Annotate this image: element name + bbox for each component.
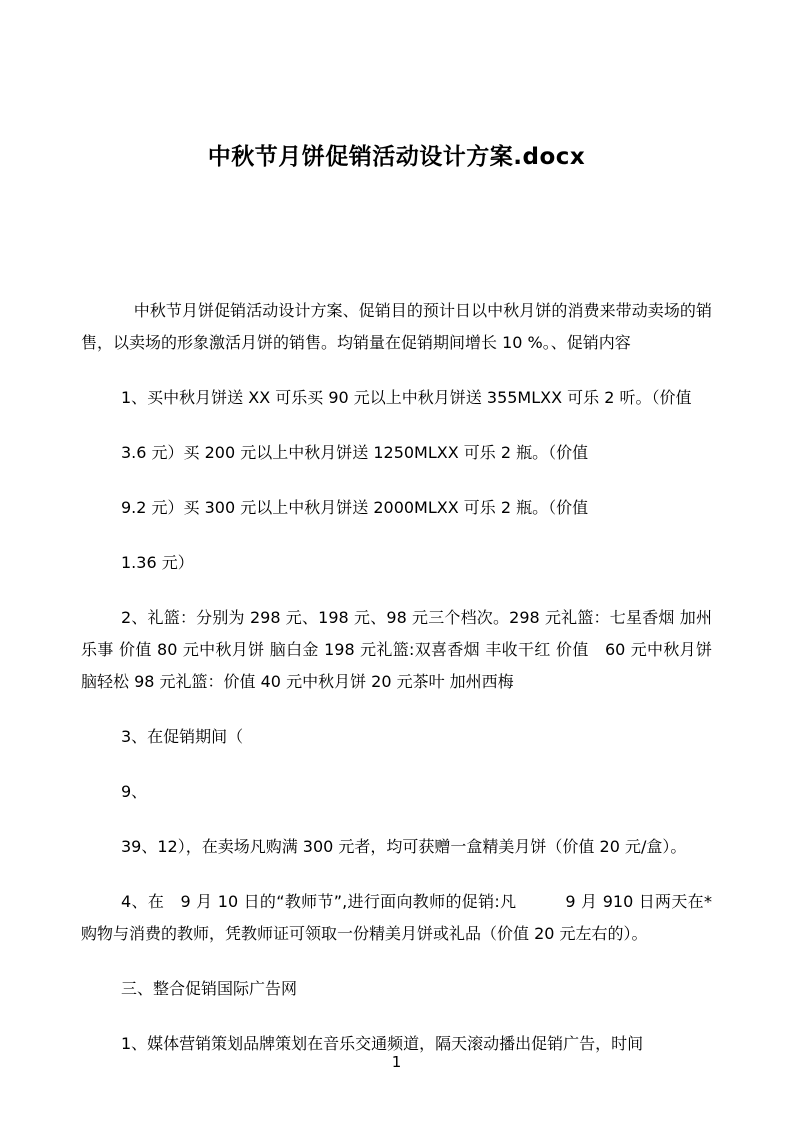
paragraph-item-3: 3、在促销期间（ bbox=[81, 721, 712, 753]
paragraph-item-3-cont2: 39、12），在卖场凡购满 300 元者，均可获赠一盒精美月饼（价值 20 元/… bbox=[81, 831, 712, 863]
document-body: 中秋节月饼促销活动设计方案.docx 中秋节月饼促销活动设计方案、促销目的预计日… bbox=[0, 0, 793, 1060]
paragraph-intro: 中秋节月饼促销活动设计方案、促销目的预计日以中秋月饼的消费来带动卖场的销售，以卖… bbox=[81, 295, 712, 359]
page-number: 1 bbox=[0, 1052, 793, 1072]
paragraph-section-3: 三、整合促销国际广告网 bbox=[81, 973, 712, 1005]
document-title: 中秋节月饼促销活动设计方案.docx bbox=[81, 141, 712, 173]
paragraph-item-4: 4、在 9 月 10 日的“教师节”,进行面向教师的促销:凡 9 月 910 日… bbox=[81, 886, 712, 950]
paragraph-item-1: 1、买中秋月饼送 XX 可乐买 90 元以上中秋月饼送 355MLXX 可乐 2… bbox=[81, 382, 712, 414]
paragraph-item-2: 2、礼篮：分别为 298 元、198 元、98 元三个档次。298 元礼篮：七星… bbox=[81, 602, 712, 698]
paragraph-item-3-cont: 9、 bbox=[81, 776, 712, 808]
paragraph-item-1-cont3: 1.36 元） bbox=[81, 547, 712, 579]
paragraph-item-1-cont2: 9.2 元）买 300 元以上中秋月饼送 2000MLXX 可乐 2 瓶。（价值 bbox=[81, 492, 712, 524]
document-page: 中秋节月饼促销活动设计方案.docx 中秋节月饼促销活动设计方案、促销目的预计日… bbox=[0, 0, 793, 1122]
paragraph-item-1-cont: 3.6 元）买 200 元以上中秋月饼送 1250MLXX 可乐 2 瓶。（价值 bbox=[81, 437, 712, 469]
